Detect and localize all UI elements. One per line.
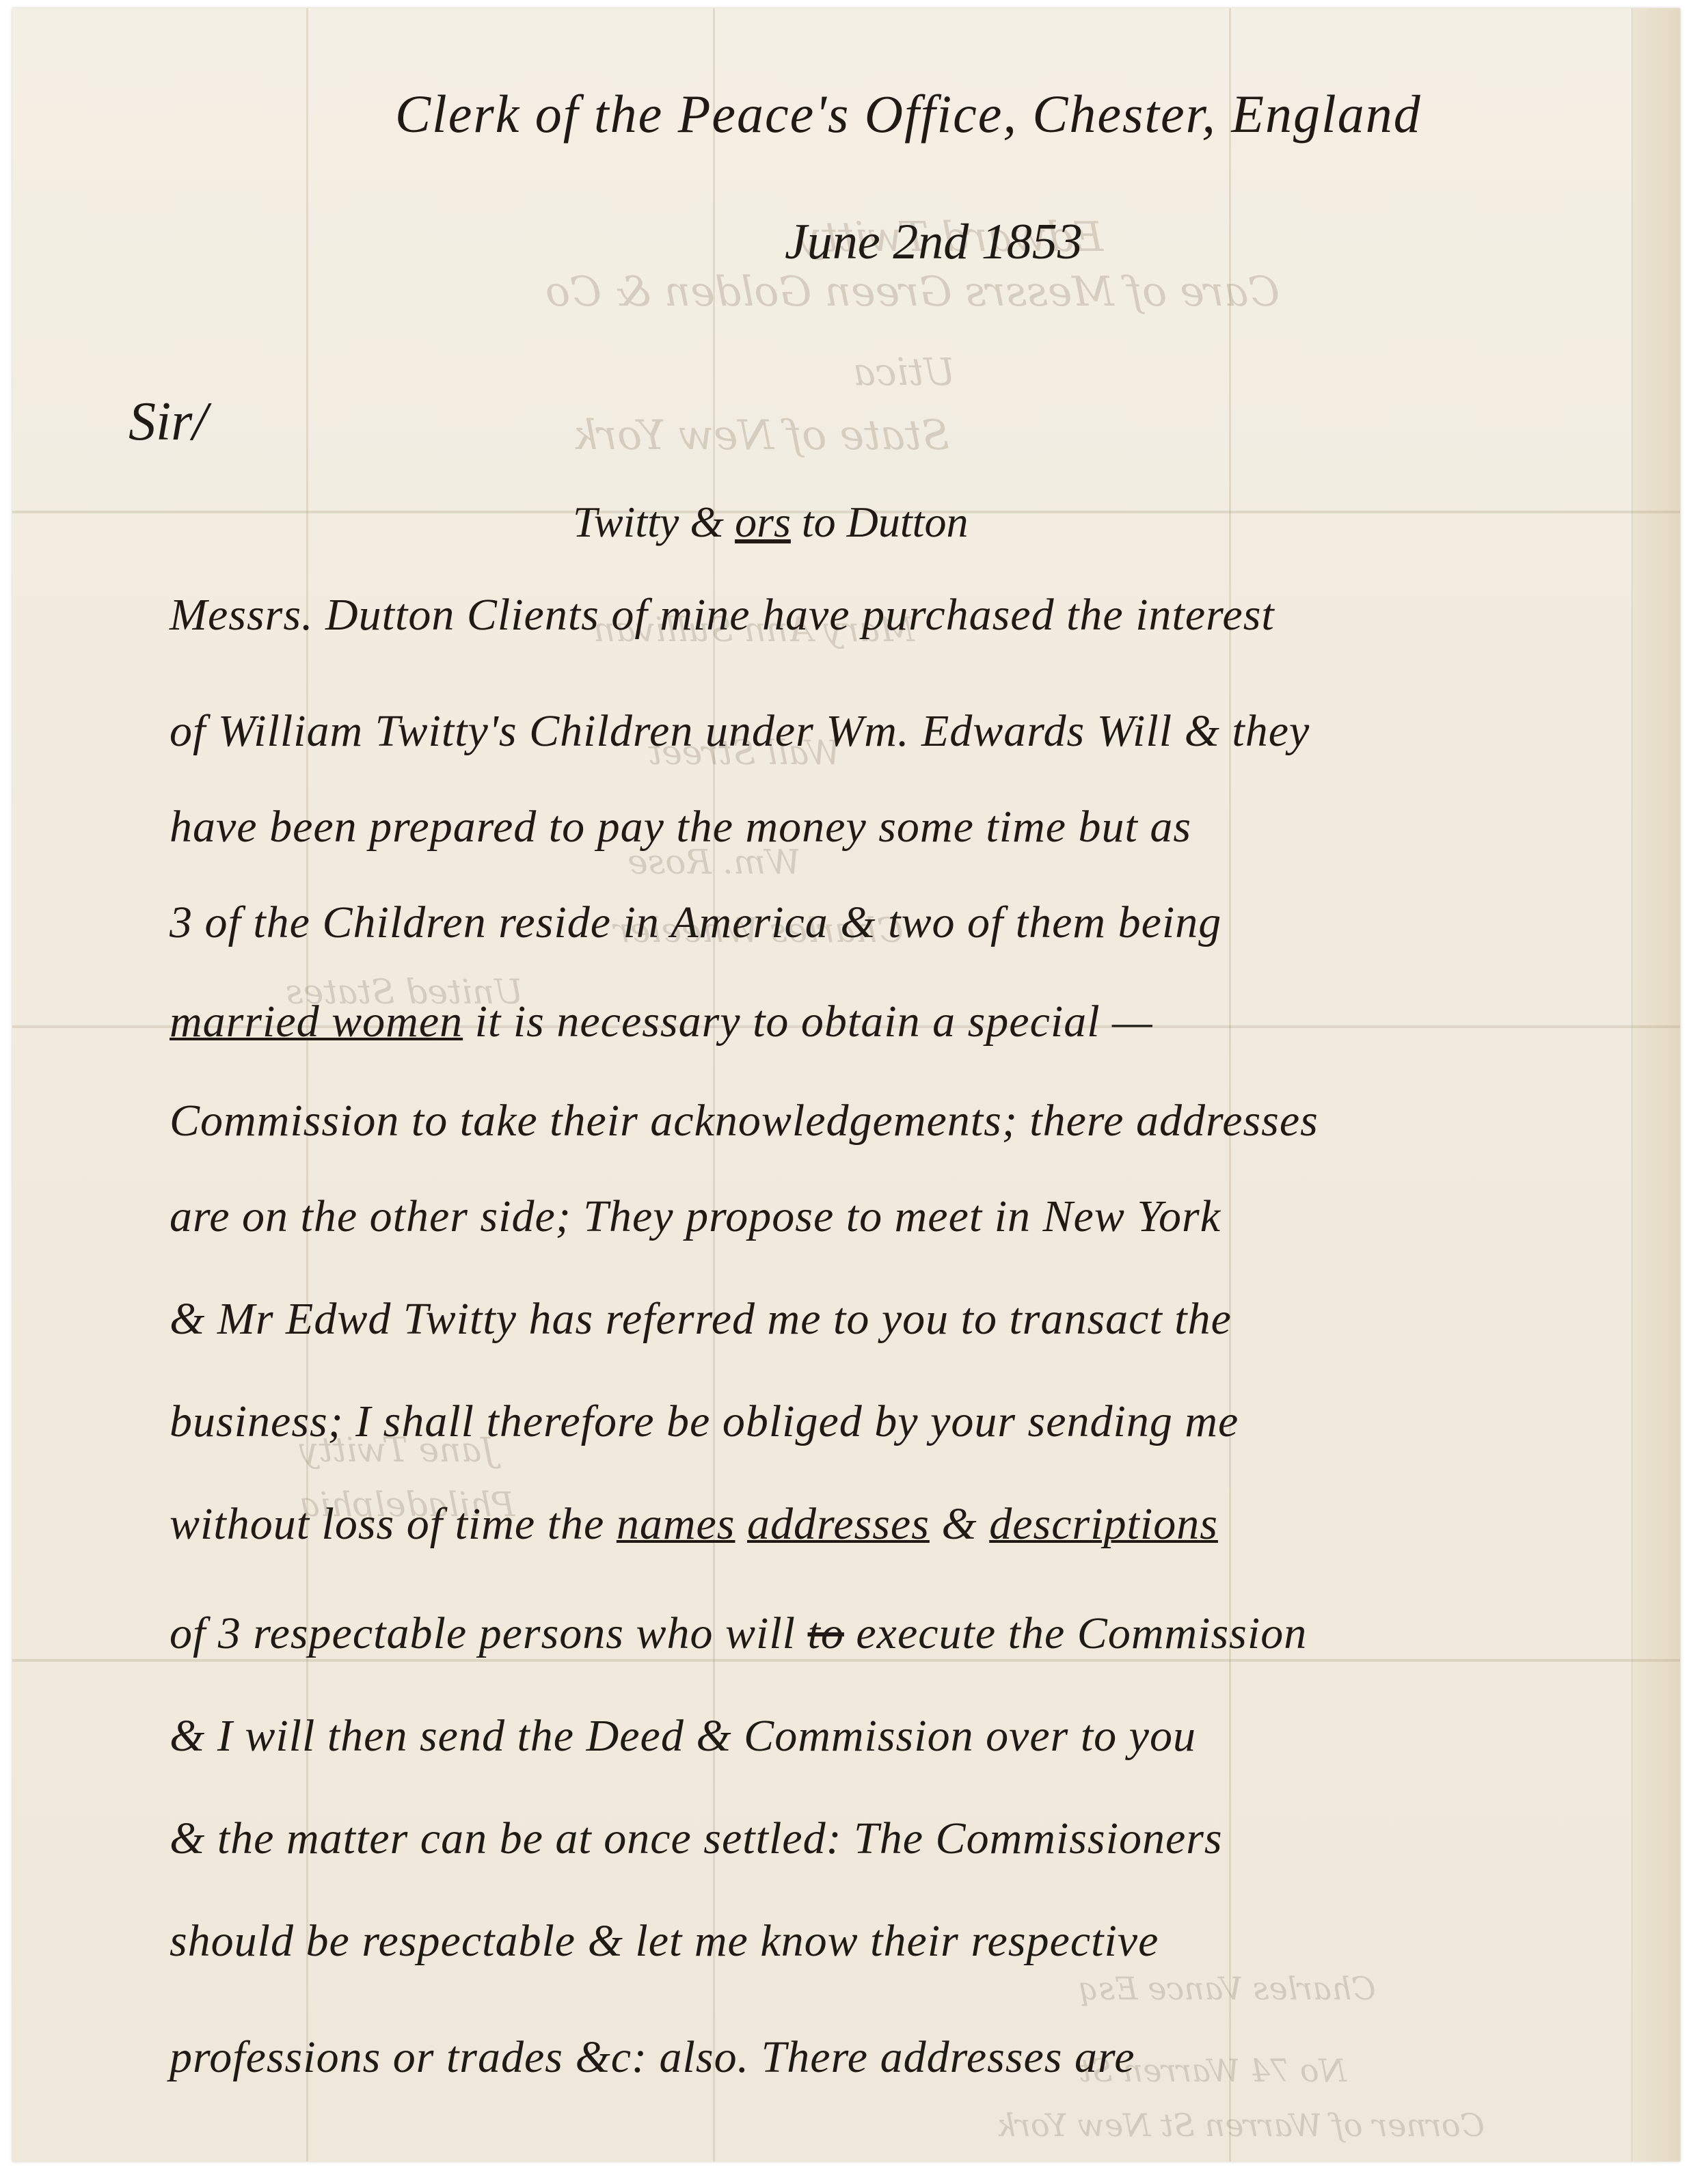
body-text: of 3 respectable persons who will xyxy=(170,1608,808,1658)
underlined-addresses: addresses xyxy=(747,1499,930,1549)
body-text: without loss of time the xyxy=(170,1499,617,1549)
body-line: of 3 respectable persons who will to exe… xyxy=(170,1608,1307,1660)
body-line: & I will then send the Deed & Commission… xyxy=(170,1710,1196,1762)
case-title-part: to Dutton xyxy=(791,498,969,546)
underlined-names: names xyxy=(617,1499,735,1549)
struck-word: to xyxy=(808,1608,844,1658)
letter-sheet: Edward Twitty Care of Messrs Green Golde… xyxy=(12,8,1680,2161)
bleed-through-text: Charles Vance Esq xyxy=(1079,1970,1376,2007)
folded-edge-strip xyxy=(1632,8,1680,2161)
body-line: are on the other side; They propose to m… xyxy=(170,1191,1221,1243)
body-line: have been prepared to pay the money some… xyxy=(170,801,1191,853)
bleed-through-text: Corner of Warren St New York xyxy=(997,2107,1485,2144)
letter-date: June 2nd 1853 xyxy=(785,213,1083,271)
bleed-through-text: State of New York xyxy=(573,412,949,459)
body-text: it is necessary to obtain a special — xyxy=(463,997,1153,1047)
body-text: & xyxy=(930,1499,989,1549)
body-line: Messrs. Dutton Clients of mine have purc… xyxy=(170,589,1275,641)
body-line: married women it is necessary to obtain … xyxy=(170,996,1153,1048)
body-line: professions or trades &c: also. There ad… xyxy=(170,2032,1135,2084)
fold-line-vertical xyxy=(1229,8,1231,2161)
body-line: without loss of time the names addresses… xyxy=(170,1498,1218,1550)
body-line: should be respectable & let me know thei… xyxy=(170,1915,1159,1967)
body-line: & Mr Edwd Twitty has referred me to you … xyxy=(170,1293,1232,1345)
bleed-through-text: Utica xyxy=(853,350,956,394)
body-line: business; I shall therefore be obliged b… xyxy=(170,1396,1239,1448)
salutation: Sir/ xyxy=(129,391,208,453)
body-line: Commission to take their acknowledgement… xyxy=(170,1095,1319,1147)
underlined-phrase: married women xyxy=(170,997,463,1047)
letter-header-place: Clerk of the Peace's Office, Chester, En… xyxy=(395,83,1422,145)
case-title: Twitty & ors to Dutton xyxy=(573,497,968,548)
body-line: 3 of the Children reside in America & tw… xyxy=(170,897,1221,949)
bleed-through-text: Care of Messrs Green Golden & Co xyxy=(545,268,1280,316)
body-text: execute the Commission xyxy=(844,1608,1307,1658)
body-line: of William Twitty's Children under Wm. E… xyxy=(170,705,1310,757)
case-title-ors: ors xyxy=(735,498,791,546)
underlined-descriptions: descriptions xyxy=(989,1499,1218,1549)
case-title-part: Twitty & xyxy=(573,498,735,546)
body-line: & the matter can be at once settled: The… xyxy=(170,1813,1223,1865)
